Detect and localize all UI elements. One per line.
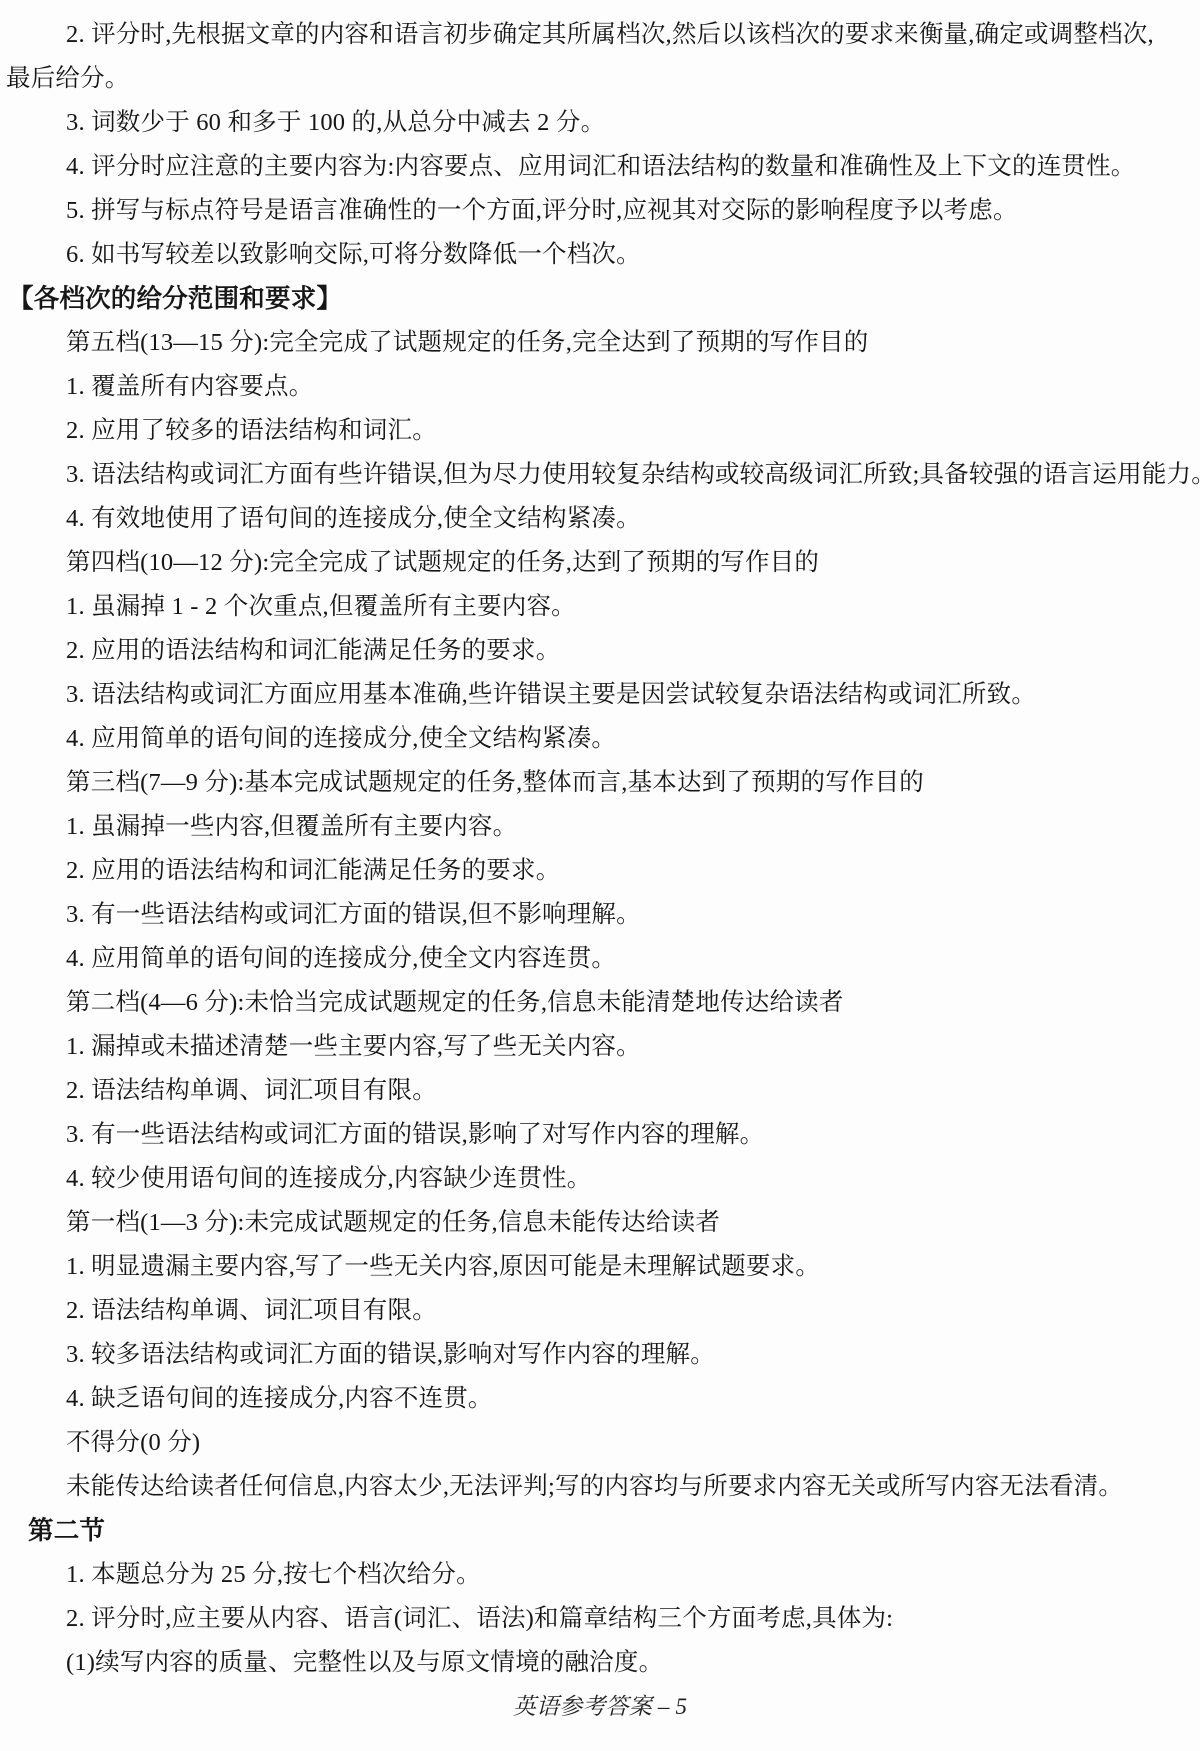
text-line: 5. 拼写与标点符号是语言准确性的一个方面,评分时,应视其对交际的影响程度予以考… [0, 189, 1200, 233]
text-line: 3. 有一些语法结构或词汇方面的错误,影响了对写作内容的理解。 [0, 1113, 1200, 1157]
text-line: 2. 应用的语法结构和词汇能满足任务的要求。 [0, 849, 1200, 893]
band-0-title: 不得分(0 分) [0, 1421, 1200, 1465]
text-line: 4. 有效地使用了语句间的连接成分,使全文结构紧凑。 [0, 497, 1200, 541]
text-line: 3. 语法结构或词汇方面有些许错误,但为尽力使用较复杂结构或较高级词汇所致;具备… [0, 453, 1200, 497]
text-line: 最后给分。 [0, 57, 1200, 101]
text-line: 2. 语法结构单调、词汇项目有限。 [0, 1069, 1200, 1113]
text-line: 3. 语法结构或词汇方面应用基本准确,些许错误主要是因尝试较复杂语法结构或词汇所… [0, 673, 1200, 717]
answer-key-page: 2. 评分时,先根据文章的内容和语言初步确定其所属档次,然后以该档次的要求来衡量… [0, 0, 1200, 1751]
text-line: 4. 应用简单的语句间的连接成分,使全文内容连贯。 [0, 937, 1200, 981]
section-title: 第二节 [0, 1509, 1200, 1553]
text-line: 1. 虽漏掉一些内容,但覆盖所有主要内容。 [0, 805, 1200, 849]
text-line: (1)续写内容的质量、完整性以及与原文情境的融洽度。 [0, 1641, 1200, 1685]
page-footer: 英语参考答案 – 5 [0, 1685, 1200, 1729]
text-line: 1. 本题总分为 25 分,按七个档次给分。 [0, 1553, 1200, 1597]
text-line: 2. 语法结构单调、词汇项目有限。 [0, 1289, 1200, 1333]
band-2-title: 第二档(4—6 分):未恰当完成试题规定的任务,信息未能清楚地传达给读者 [0, 981, 1200, 1025]
text-line: 3. 有一些语法结构或词汇方面的错误,但不影响理解。 [0, 893, 1200, 937]
section-heading: 【各档次的给分范围和要求】 [0, 277, 1200, 321]
band-3-title: 第三档(7—9 分):基本完成试题规定的任务,整体而言,基本达到了预期的写作目的 [0, 761, 1200, 805]
text-line: 1. 虽漏掉 1 - 2 个次重点,但覆盖所有主要内容。 [0, 585, 1200, 629]
text-line: 2. 评分时,应主要从内容、语言(词汇、语法)和篇章结构三个方面考虑,具体为: [0, 1597, 1200, 1641]
text-line: 3. 词数少于 60 和多于 100 的,从总分中减去 2 分。 [0, 101, 1200, 145]
band-4-title: 第四档(10—12 分):完全完成了试题规定的任务,达到了预期的写作目的 [0, 541, 1200, 585]
text-line: 6. 如书写较差以致影响交际,可将分数降低一个档次。 [0, 233, 1200, 277]
text-line: 4. 缺乏语句间的连接成分,内容不连贯。 [0, 1377, 1200, 1421]
text-line: 4. 应用简单的语句间的连接成分,使全文结构紧凑。 [0, 717, 1200, 761]
text-line: 2. 应用了较多的语法结构和词汇。 [0, 409, 1200, 453]
text-line: 1. 覆盖所有内容要点。 [0, 365, 1200, 409]
band-5-title: 第五档(13—15 分):完全完成了试题规定的任务,完全达到了预期的写作目的 [0, 321, 1200, 365]
text-line: 2. 应用的语法结构和词汇能满足任务的要求。 [0, 629, 1200, 673]
band-1-title: 第一档(1—3 分):未完成试题规定的任务,信息未能传达给读者 [0, 1201, 1200, 1245]
text-line: 1. 漏掉或未描述清楚一些主要内容,写了些无关内容。 [0, 1025, 1200, 1069]
text-line: 4. 评分时应注意的主要内容为:内容要点、应用词汇和语法结构的数量和准确性及上下… [0, 145, 1200, 189]
text-line: 3. 较多语法结构或词汇方面的错误,影响对写作内容的理解。 [0, 1333, 1200, 1377]
text-line: 2. 评分时,先根据文章的内容和语言初步确定其所属档次,然后以该档次的要求来衡量… [0, 13, 1200, 57]
text-line: 1. 明显遗漏主要内容,写了一些无关内容,原因可能是未理解试题要求。 [0, 1245, 1200, 1289]
text-line: 4. 较少使用语句间的连接成分,内容缺少连贯性。 [0, 1157, 1200, 1201]
text-line: 未能传达给读者任何信息,内容太少,无法评判;写的内容均与所要求内容无关或所写内容… [0, 1465, 1200, 1509]
